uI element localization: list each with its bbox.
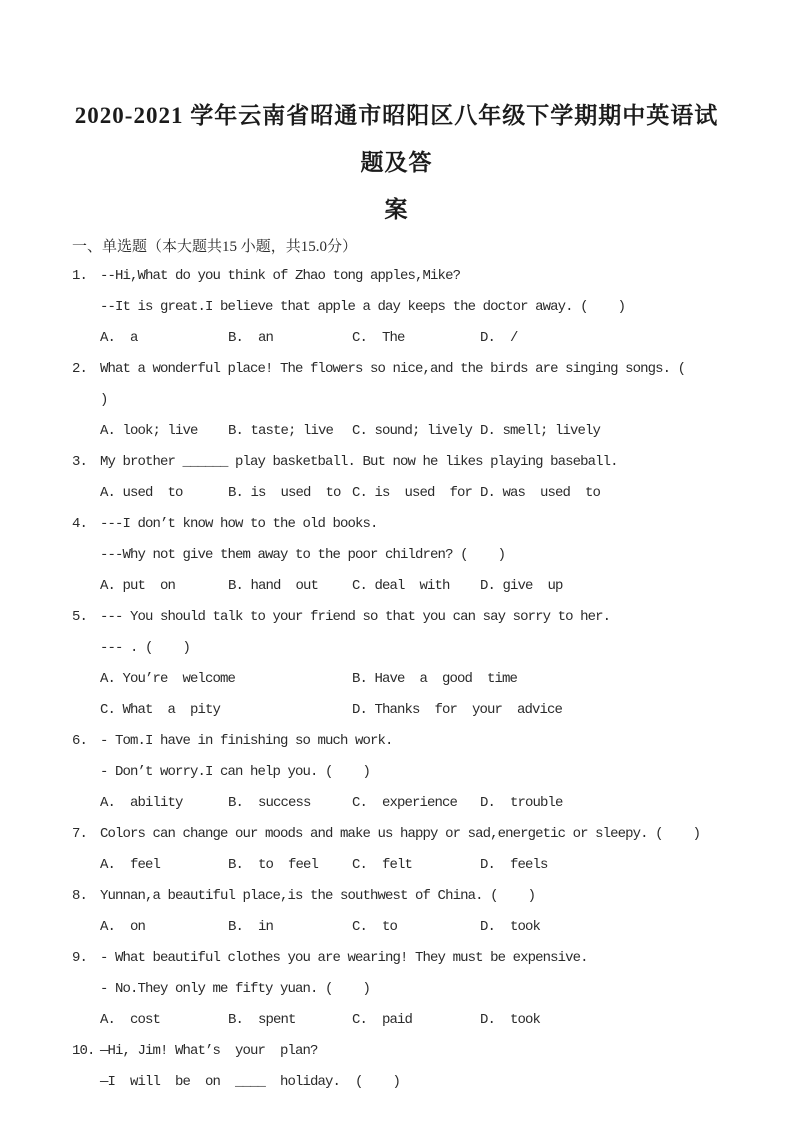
question-line: ---Why not give them away to the poor ch… [100,540,721,571]
option-a: A. ability [100,788,228,819]
question-line: - Don’t worry.I can help you. ( ) [100,757,721,788]
question-body: --Hi,What do you think of Zhao tong appl… [100,261,721,354]
question-4: 4. ---I don’t know how to the old books.… [72,509,721,602]
option-row: A. cost B. spent C. paid D. took [100,1005,721,1036]
option-a: A. look; live [100,416,228,447]
question-body: Colors can change our moods and make us … [100,819,721,881]
option-a: A. You’re welcome [100,664,352,695]
option-b: B. to feel [228,850,352,881]
question-line: —I will be on ____ holiday. ( ) [100,1067,721,1098]
option-a: A. a [100,323,228,354]
question-line: --- . ( ) [100,633,721,664]
option-b: B. taste; live [228,416,352,447]
option-c: C. to [352,912,480,943]
question-line: Colors can change our moods and make us … [100,819,721,850]
option-d: D. give up [480,571,721,602]
option-a: A. on [100,912,228,943]
question-line: --- You should talk to your friend so th… [100,602,721,633]
question-8: 8. Yunnan,a beautiful place,is the south… [72,881,721,943]
question-line: Yunnan,a beautiful place,is the southwes… [100,881,721,912]
question-line: --It is great.I believe that apple a day… [100,292,721,323]
option-d: D. Thanks for your advice [352,695,721,726]
option-d: D. / [480,323,721,354]
question-body: Yunnan,a beautiful place,is the southwes… [100,881,721,943]
option-row: A. put on B. hand out C. deal with D. gi… [100,571,721,602]
option-a: A. put on [100,571,228,602]
question-body: --- You should talk to your friend so th… [100,602,721,726]
question-body: My brother ______ play basketball. But n… [100,447,721,509]
option-d: D. trouble [480,788,721,819]
question-2: 2. What a wonderful place! The flowers s… [72,354,721,447]
option-b: B. Have a good time [352,664,721,695]
question-6: 6. - Tom.I have in finishing so much wor… [72,726,721,819]
question-number: 9. [72,943,100,974]
option-a: A. feel [100,850,228,881]
question-number: 6. [72,726,100,757]
question-1: 1. --Hi,What do you think of Zhao tong a… [72,261,721,354]
question-line: My brother ______ play basketball. But n… [100,447,721,478]
question-line: - What beautiful clothes you are wearing… [100,943,721,974]
option-row: A. used to B. is used to C. is used for … [100,478,721,509]
question-line: —Hi, Jim! What’s your plan? [100,1036,721,1067]
question-7: 7. Colors can change our moods and make … [72,819,721,881]
question-body: ---I don’t know how to the old books. --… [100,509,721,602]
option-b: B. is used to [228,478,352,509]
option-d: D. smell; lively [480,416,721,447]
question-line: --Hi,What do you think of Zhao tong appl… [100,261,721,292]
option-c: C. experience [352,788,480,819]
option-row: A. look; live B. taste; live C. sound; l… [100,416,721,447]
question-line: What a wonderful place! The flowers so n… [100,354,721,416]
option-c: C. deal with [352,571,480,602]
question-number: 4. [72,509,100,540]
question-number: 10. [72,1036,100,1067]
option-row: A. feel B. to feel C. felt D. feels [100,850,721,881]
question-number: 1. [72,261,100,292]
option-c: C. paid [352,1005,480,1036]
question-line: - No.They only me fifty yuan. ( ) [100,974,721,1005]
question-number: 3. [72,447,100,478]
question-body: What a wonderful place! The flowers so n… [100,354,721,447]
option-d: D. took [480,1005,721,1036]
question-body: - Tom.I have in finishing so much work. … [100,726,721,819]
question-5: 5. --- You should talk to your friend so… [72,602,721,726]
option-row: A. a B. an C. The D. / [100,323,721,354]
option-row: A. on B. in C. to D. took [100,912,721,943]
question-line: - Tom.I have in finishing so much work. [100,726,721,757]
option-c: C. felt [352,850,480,881]
option-b: B. hand out [228,571,352,602]
option-c: C. is used for [352,478,480,509]
document-title-line-1: 2020-2021 学年云南省昭通市昭阳区八年级下学期期中英语试题及答 [72,92,721,186]
question-number: 8. [72,881,100,912]
question-line: ---I don’t know how to the old books. [100,509,721,540]
option-a: A. cost [100,1005,228,1036]
document-title-line-2: 案 [72,186,721,233]
option-d: D. was used to [480,478,721,509]
option-row: A. ability B. success C. experience D. t… [100,788,721,819]
option-c: C. What a pity [100,695,352,726]
question-3: 3. My brother ______ play basketball. Bu… [72,447,721,509]
option-grid: A. You’re welcome B. Have a good time C.… [100,664,721,726]
option-c: C. sound; lively [352,416,480,447]
section-heading: 一、单选题（本大题共15 小题，共15.0分） [72,233,721,261]
document-title: 2020-2021 学年云南省昭通市昭阳区八年级下学期期中英语试题及答 案 [72,92,721,233]
question-10: 10. —Hi, Jim! What’s your plan? —I will … [72,1036,721,1098]
question-number: 7. [72,819,100,850]
option-c: C. The [352,323,480,354]
question-list: 1. --Hi,What do you think of Zhao tong a… [72,261,721,1098]
question-number: 5. [72,602,100,633]
option-b: B. an [228,323,352,354]
option-d: D. took [480,912,721,943]
option-d: D. feels [480,850,721,881]
option-b: B. success [228,788,352,819]
question-body: —Hi, Jim! What’s your plan? —I will be o… [100,1036,721,1098]
question-number: 2. [72,354,100,385]
option-a: A. used to [100,478,228,509]
question-body: - What beautiful clothes you are wearing… [100,943,721,1036]
question-9: 9. - What beautiful clothes you are wear… [72,943,721,1036]
option-b: B. in [228,912,352,943]
option-b: B. spent [228,1005,352,1036]
exam-document-page: 2020-2021 学年云南省昭通市昭阳区八年级下学期期中英语试题及答 案 一、… [0,0,793,1122]
